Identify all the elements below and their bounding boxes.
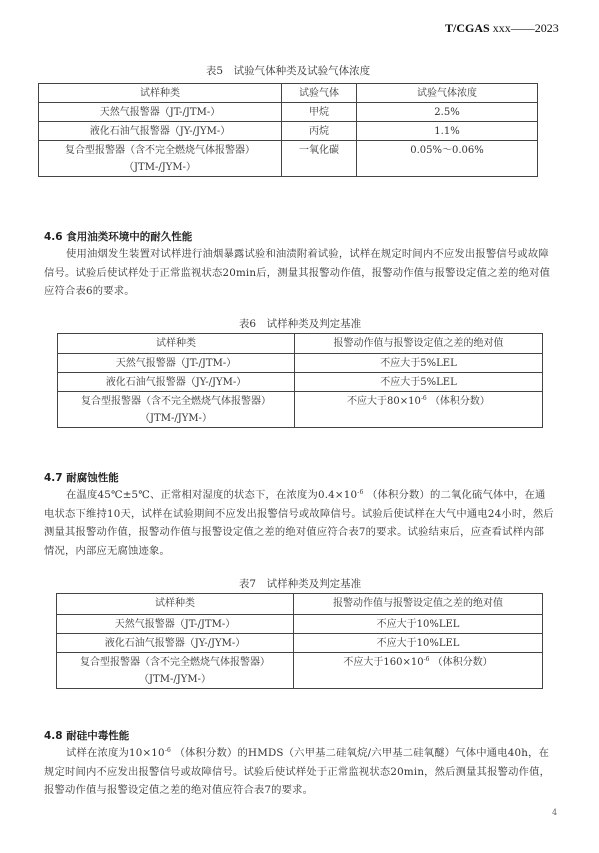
table7-header-row: 试样种类 报警动作值与报警设定值之差的绝对值 — [57, 594, 543, 615]
sample-type-cell: 液化石油气报警器（JY-/JYM-） — [39, 122, 282, 141]
table6-caption: 表6 试样种类及判定基准 — [57, 316, 543, 331]
section-4-7-exponent: -6 — [357, 489, 363, 496]
criterion-cell: 不应大于10%LEL — [294, 615, 543, 634]
section-4-8-exponent: -6 — [165, 747, 171, 754]
table-row: 液化石油气报警器（JY-/JYM-） 不应大于10%LEL — [57, 634, 543, 653]
criterion-cell: 不应大于5%LEL — [295, 354, 543, 373]
table7-header-cell: 试样种类 — [57, 594, 294, 615]
gas-concentration-cell: 1.1% — [357, 122, 538, 141]
section-4-8-text-a: 试样在浓度为10×10 — [66, 747, 165, 759]
section-4-6-text: 使用油烟发生装置对试样进行油烟暴露试验和油渍附着试验，试样在规定时间内不应发出报… — [44, 248, 550, 297]
table-row: 天然气报警器（JT-/JTM-） 不应大于10%LEL — [57, 615, 543, 634]
table5-header-cell: 试验气体 — [282, 84, 357, 103]
test-gas-cell: 丙烷 — [282, 122, 357, 141]
section-4-7-title: 4.7 耐腐蚀性能 — [44, 470, 119, 485]
standard-number: xxx — [493, 21, 511, 35]
table5-header-row: 试样种类 试验气体 试验气体浓度 — [39, 84, 538, 103]
table5-caption: 表5 试验气体种类及试验气体浓度 — [38, 63, 538, 78]
header-separator: —— — [511, 21, 535, 35]
sample-type-line2: （JTM-/JYM-） — [60, 410, 292, 427]
standard-year: 2023 — [535, 21, 559, 35]
test-gas-cell: 一氧化碳 — [282, 141, 357, 177]
test-gas-cell: 甲烷 — [282, 103, 357, 122]
gas-concentration-cell: 2.5% — [357, 103, 538, 122]
table-row: 液化石油气报警器（JY-/JYM-） 丙烷 1.1% — [39, 122, 538, 141]
gas-concentration-cell: 0.05%～0.06% — [357, 141, 538, 177]
sample-type-cell: 液化石油气报警器（JY-/JYM-） — [57, 634, 294, 653]
sample-type-line2: （JTM-/JYM-） — [41, 159, 279, 176]
sample-type-line1: 复合型报警器（含不完全燃烧气体报警器） — [41, 142, 279, 159]
criterion-value: 不应大于80×10 — [347, 396, 421, 407]
criterion-exponent: -6 — [421, 395, 427, 402]
criterion-cell: 不应大于80×10-6 （体积分数） — [295, 392, 543, 428]
section-4-6-paragraph: 使用油烟发生装置对试样进行油烟暴露试验和油渍附着试验，试样在规定时间内不应发出报… — [44, 245, 554, 301]
table-row: 复合型报警器（含不完全燃烧气体报警器）（JTM-/JYM-） 不应大于160×1… — [57, 653, 543, 689]
table-row: 天然气报警器（JT-/JTM-） 甲烷 2.5% — [39, 103, 538, 122]
table-row: 天然气报警器（JT-/JTM-） 不应大于5%LEL — [58, 354, 543, 373]
sample-type-cell: 复合型报警器（含不完全燃烧气体报警器）（JTM-/JYM-） — [57, 653, 294, 689]
criterion-unit: （体积分数） — [430, 396, 490, 407]
section-4-7-paragraph: 在温度45℃±5℃、正常相对湿度的状态下，在浓度为0.4×10-6 （体积分数）… — [44, 486, 554, 560]
table5-header-cell: 试样种类 — [39, 84, 282, 103]
criterion-exponent: -6 — [424, 656, 430, 663]
table7-caption: 表7 试样种类及判定基准 — [57, 576, 543, 591]
sample-type-line1: 复合型报警器（含不完全燃烧气体报警器） — [60, 393, 292, 410]
table5-header-cell: 试验气体浓度 — [357, 84, 538, 103]
table6-header-cell: 试样种类 — [58, 334, 295, 354]
criterion-cell: 不应大于10%LEL — [294, 634, 543, 653]
sample-type-cell: 液化石油气报警器（JY-/JYM-） — [58, 373, 295, 392]
table7: 试样种类 报警动作值与报警设定值之差的绝对值 天然气报警器（JT-/JTM-） … — [56, 593, 543, 689]
section-4-7-text-a: 在温度45℃±5℃、正常相对湿度的状态下，在浓度为0.4×10 — [66, 489, 357, 501]
table6: 试样种类 报警动作值与报警设定值之差的绝对值 天然气报警器（JT-/JTM-） … — [57, 333, 543, 428]
standard-header: T/CGAS xxx——2023 — [445, 21, 559, 36]
sample-type-cell: 复合型报警器（含不完全燃烧气体报警器）（JTM-/JYM-） — [58, 392, 295, 428]
table-row: 液化石油气报警器（JY-/JYM-） 不应大于5%LEL — [58, 373, 543, 392]
table6-header-row: 试样种类 报警动作值与报警设定值之差的绝对值 — [58, 334, 543, 354]
criterion-cell: 不应大于5%LEL — [295, 373, 543, 392]
criterion-unit: （体积分数） — [433, 657, 493, 668]
sample-type-line2: （JTM-/JYM-） — [59, 671, 291, 688]
table5: 试样种类 试验气体 试验气体浓度 天然气报警器（JT-/JTM-） 甲烷 2.5… — [38, 83, 538, 177]
page-number: 4 — [552, 808, 557, 817]
table-row: 复合型报警器（含不完全燃烧气体报警器）（JTM-/JYM-） 不应大于80×10… — [58, 392, 543, 428]
sample-type-cell: 天然气报警器（JT-/JTM-） — [39, 103, 282, 122]
sample-type-cell: 天然气报警器（JT-/JTM-） — [57, 615, 294, 634]
sample-type-cell: 复合型报警器（含不完全燃烧气体报警器）（JTM-/JYM-） — [39, 141, 282, 177]
standard-code: T/CGAS — [445, 21, 490, 35]
sample-type-line1: 复合型报警器（含不完全燃烧气体报警器） — [59, 654, 291, 671]
section-4-6-title: 4.6 食用油类环境中的耐久性能 — [44, 229, 192, 244]
sample-type-cell: 天然气报警器（JT-/JTM-） — [58, 354, 295, 373]
section-4-8-title: 4.8 耐硅中毒性能 — [44, 728, 129, 743]
table7-header-cell: 报警动作值与报警设定值之差的绝对值 — [294, 594, 543, 615]
table6-header-cell: 报警动作值与报警设定值之差的绝对值 — [295, 334, 543, 354]
criterion-value: 不应大于160×10 — [343, 657, 423, 668]
criterion-cell: 不应大于160×10-6 （体积分数） — [294, 653, 543, 689]
section-4-8-paragraph: 试样在浓度为10×10-6 （体积分数）的HMDS（六甲基二硅氧烷/六甲基二硅氧… — [44, 744, 554, 800]
table-row: 复合型报警器（含不完全燃烧气体报警器）（JTM-/JYM-） 一氧化碳 0.05… — [39, 141, 538, 177]
